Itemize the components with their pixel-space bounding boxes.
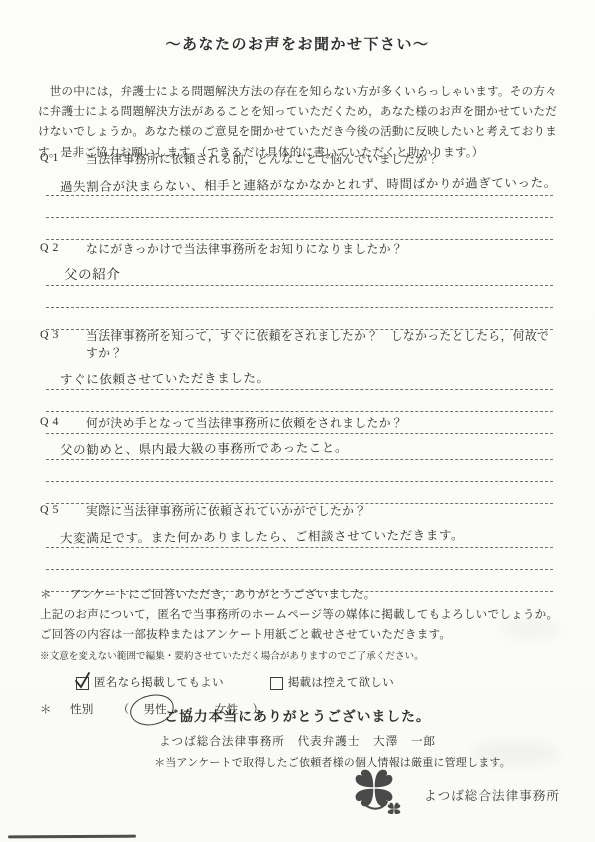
answer-line	[46, 196, 553, 218]
survey-thanks-line: ＊ アンケートにご回答いただき，ありがとうございました。	[40, 585, 560, 605]
question-text: 当法律事務所に依頼される前，どんなことで悩んでいましたか？	[86, 150, 557, 167]
option-anonymous-ok: 匿名なら掲載してもよい	[76, 673, 224, 693]
edit-disclaimer-note: ※文意を変えない範囲で編集・要約させていただく場合がありますのでご了承ください。	[40, 647, 560, 667]
page-title: ～あなたのお声をお聞かせ下さい～	[0, 33, 595, 54]
answer-area: 父の勧めと、県内最大級の事務所であったこと。	[46, 438, 553, 504]
question-block-q4: Q4 何が決め手となって当法律事務所に依頼をされましたか？ 父の勧めと、県内最大…	[40, 414, 557, 504]
question-text: なにがきっかけで当法律事務所をお知りになりましたか？	[86, 240, 557, 257]
handwritten-answer: すぐに依頼させていただきました。	[60, 368, 270, 388]
option-label: 掲載は控えて欲しい	[288, 673, 394, 693]
option-no-publish: 掲載は控えて欲しい	[270, 673, 394, 693]
question-heading: Q3 当法律事務所を知って，すぐに依頼をされましたか？ しなかったとしたら，何故…	[40, 327, 557, 361]
question-heading: Q5 実際に当法律事務所に依頼されていかがでしたか？	[40, 502, 557, 519]
publish-permission-line2: ご回答の内容は一部抜粋またはアンケート用紙ごと載せさせていただきます。	[40, 625, 560, 645]
checkbox-no-publish	[270, 677, 283, 690]
question-heading: Q1 当法律事務所に依頼される前，どんなことで悩んでいましたか？	[40, 150, 557, 167]
firm-logo-text: よつば総合法律事務所	[424, 785, 560, 804]
answer-line	[46, 460, 553, 482]
question-block-q2: Q2 なにがきっかけで当法律事務所をお知りになりましたか？ 父の紹介	[40, 240, 557, 330]
handwritten-answer: 大変満足です。また何かありましたら、ご相談させていただきます。	[60, 525, 464, 547]
asterisk-marker: ＊	[40, 585, 70, 605]
answer-area: 過失割合が決まらない、相手と連絡がなかなかとれず、時間ばかりが過ぎていった。	[46, 174, 553, 240]
question-block-q5: Q5 実際に当法律事務所に依頼されていかがでしたか？ 大変満足です。また何かあり…	[40, 502, 557, 592]
answer-area: 父の紹介	[46, 264, 553, 330]
option-label: 匿名なら掲載してもよい	[94, 673, 224, 693]
publish-options: 匿名なら掲載してもよい 掲載は控えて欲しい	[76, 673, 560, 693]
survey-thanks-text: アンケートにご回答いただき，ありがとうございました。	[70, 585, 375, 605]
answer-line	[46, 482, 553, 504]
checkmark-icon	[73, 671, 93, 691]
firm-and-lawyer-line: よつば総合法律事務所 代表弁護士 大澤 一郎	[0, 733, 595, 749]
question-block-q1: Q1 当法律事務所に依頼される前，どんなことで悩んでいましたか？ 過失割合が決ま…	[40, 150, 557, 240]
question-number: Q5	[40, 502, 86, 517]
answer-line	[46, 548, 553, 570]
question-number: Q4	[40, 414, 86, 429]
closing-thanks: ご協力本当にありがとうございました。	[0, 705, 595, 725]
answer-area: 大変満足です。また何かありましたら、ご相談させていただきます。	[46, 526, 553, 592]
question-heading: Q2 なにがきっかけで当法律事務所をお知りになりましたか？	[40, 240, 557, 257]
answer-line	[46, 286, 553, 308]
question-number: Q1	[40, 150, 86, 165]
question-text: 当法律事務所を知って，すぐに依頼をされましたか？ しなかったとしたら，何故ですか…	[86, 327, 557, 361]
closing-section: ご協力本当にありがとうございました。 よつば総合法律事務所 代表弁護士 大澤 一…	[0, 705, 595, 770]
question-text: 実際に当法律事務所に依頼されていかがでしたか？	[86, 502, 557, 519]
question-text: 何が決め手となって当法律事務所に依頼をされましたか？	[86, 414, 557, 431]
scan-artifact-line	[8, 835, 136, 839]
handwritten-answer: 父の勧めと、県内最大級の事務所であったこと。	[60, 438, 348, 459]
four-leaf-clover-icon	[348, 762, 410, 814]
consent-section: ＊ アンケートにご回答いただき，ありがとうございました。 上記のお声について，匿…	[40, 585, 560, 720]
answer-line	[46, 264, 553, 286]
firm-logo-row: よつば総合法律事務所	[348, 762, 560, 814]
publish-permission-line1: 上記のお声について，匿名で当事務所のホームページ等の媒体に掲載してもよろしいでし…	[40, 605, 560, 625]
answer-line	[46, 218, 553, 240]
answer-line	[46, 390, 553, 412]
handwritten-answer: 父の紹介	[64, 263, 121, 283]
question-number: Q2	[40, 240, 86, 255]
checkbox-anonymous-ok	[76, 677, 89, 690]
question-number: Q3	[40, 327, 86, 342]
scanned-survey-page: ～あなたのお声をお聞かせ下さい～ 世の中には，弁護士による問題解決方法の存在を知…	[0, 0, 595, 842]
question-heading: Q4 何が決め手となって当法律事務所に依頼をされましたか？	[40, 414, 557, 431]
